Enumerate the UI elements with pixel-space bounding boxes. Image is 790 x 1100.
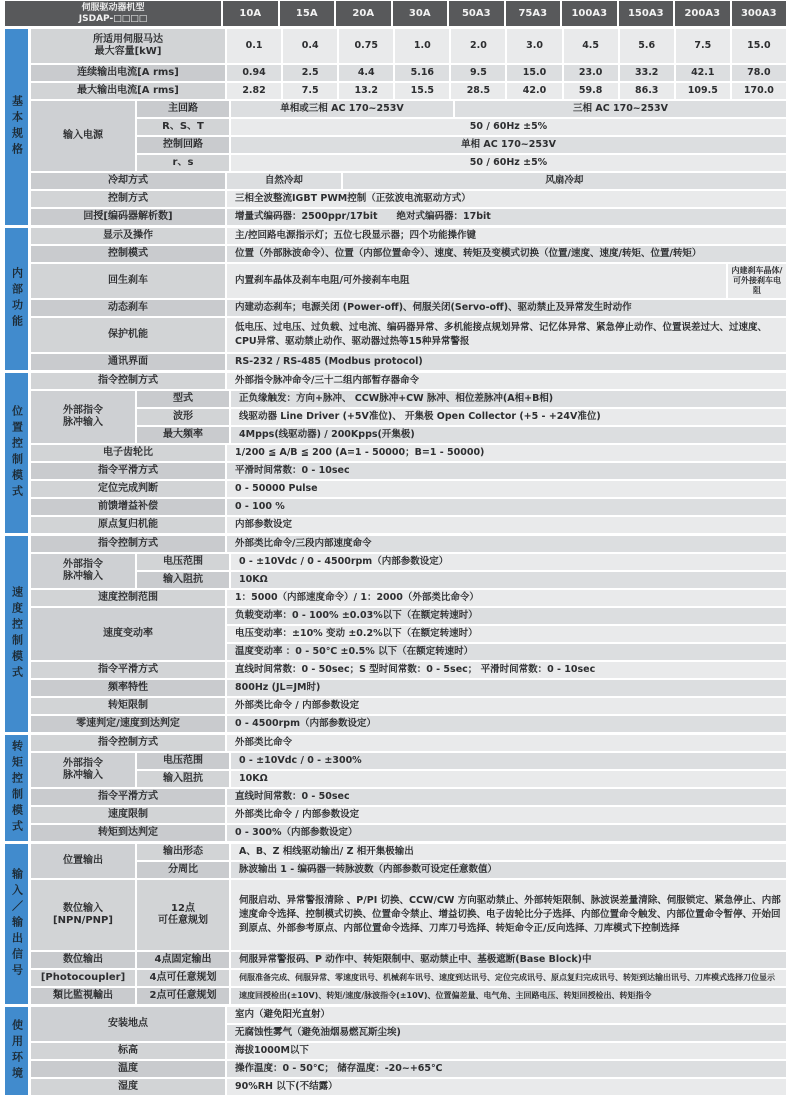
value-cells: 伺服准备完成、伺服异常、零速度讯号、机械刹车讯号、速度到达讯号、定位完成讯号、原… [231, 970, 786, 986]
row-label: 指令平滑方式 [31, 463, 225, 479]
value-cell: 109.5 [676, 83, 730, 99]
row-label: 控制模式 [31, 246, 225, 262]
value-cell: 9.5 [451, 65, 505, 81]
model-column-header: 15A [280, 1, 335, 26]
row-label: 原点复归机能 [31, 517, 225, 533]
value-cell: 0 - ±10Vdc / 0 - 4500rpm（内部参数设定） [231, 554, 786, 570]
value-cell: 33.2 [620, 65, 674, 81]
value-cell: 10KΩ [231, 572, 786, 588]
value-cell: 86.3 [620, 83, 674, 99]
table-row: 控制模式位置（外部脉波命令）、位置（内部位置命令）、速度、转矩及变模式切换（位置… [31, 246, 786, 262]
value-cell: 15.0 [732, 29, 786, 63]
row-sublabel: 最大频率 [137, 427, 229, 443]
value-cells: 低电压、过电压、过负载、过电流、编码器异常、多机能接点规划异常、记忆体异常、紧急… [227, 318, 786, 352]
value-cells: 10KΩ [231, 771, 786, 787]
table-row: 转矩限制外部类比命令 / 内部参数设定 [31, 698, 786, 714]
value-cells: 0 - ±10Vdc / 0 - 4500rpm（内部参数设定） [231, 554, 786, 570]
table-row: 电压范围0 - ±10Vdc / 0 - 4500rpm（内部参数设定） [137, 554, 786, 570]
value-cell: 1/200 ≦ A/B ≦ 200 (A=1 - 50000；B=1 - 500… [227, 445, 786, 461]
model-column-header: 75A3 [506, 1, 561, 26]
table-row: 温度变动率 ：0 - 50℃ ±0.5% 以下（在额定转速时） [227, 644, 786, 660]
value-cell: 线驱动器 Line Driver (+5V准位)、 开集极 Open Colle… [231, 409, 786, 425]
value-cell: 风扇冷却 [343, 173, 786, 189]
value-cell: 7.5 [283, 83, 337, 99]
value-cell: 4.5 [564, 29, 618, 63]
value-cell: 外部类比命令/三段内部速度命令 [227, 536, 786, 552]
table-row: [Photocoupler]4点可任意规划伺服准备完成、伺服异常、零速度讯号、机… [31, 970, 786, 986]
section-转矩控制模式: 转矩控制模式指令控制方式外部类比命令外部指令 脉冲输入电压范围0 - ±10Vd… [5, 735, 786, 841]
value-cell: 低电压、过电压、过负载、过电流、编码器异常、多机能接点规划异常、记忆体异常、紧急… [227, 318, 786, 352]
value-cells: 4Mpps(线驱动器) / 200Kpps(开集极) [231, 427, 786, 443]
value-cell: 自然冷却 [227, 173, 341, 189]
table-row: 主回路单相或三相 AC 170~253V三相 AC 170~253V [137, 101, 786, 117]
table-row: 连续输出电流[A rms]0.942.54.45.169.515.023.033… [31, 65, 786, 81]
row-label: 数位输出 [31, 952, 135, 968]
row-sublabel: 电压范围 [137, 554, 229, 570]
value-cells: 50 / 60Hz ±5% [231, 155, 786, 171]
value-cells: 0.10.40.751.02.03.04.55.67.515.0 [227, 29, 786, 63]
row-label: 显示及操作 [31, 228, 225, 244]
table-row: 负载变动率：0 - 100% ±0.03%以下（在额定转速时） [227, 608, 786, 624]
value-cells: 线驱动器 Line Driver (+5V准位)、 开集极 Open Colle… [231, 409, 786, 425]
row-label: 指令平滑方式 [31, 789, 225, 805]
table-row: 回生刹车内置刹车晶体及刹车电阻/可外接刹车电阻内建刹车晶体/ 可外接刹车电阻 [31, 264, 786, 298]
value-cell: 内部参数设定 [227, 517, 786, 533]
value-cells: RS-232 / RS-485 (Modbus protocol) [227, 354, 786, 370]
group-label: 位置输出 [31, 844, 135, 878]
value-cells: 1/200 ≦ A/B ≦ 200 (A=1 - 50000；B=1 - 500… [227, 445, 786, 461]
row-sublabel: 输入阻抗 [137, 572, 229, 588]
table-row: 控制方式三相全波整流IGBT PWM控制（正弦波电流驱动方式） [31, 191, 786, 207]
row-sublabel: 主回路 [137, 101, 229, 117]
value-cells: 直线时间常数：0 - 50sec [227, 789, 786, 805]
value-cells: 外部类比命令 / 内部参数设定 [227, 698, 786, 714]
row-sublabel: 输入阻抗 [137, 771, 229, 787]
value-cell: 90%RH 以下(不结露） [227, 1079, 786, 1095]
table-row: 指令控制方式外部类比命令/三段内部速度命令 [31, 536, 786, 552]
group-rows: 室内（避免阳光直射）无腐蚀性雾气（避免油烟易燃瓦斯尘埃) [227, 1007, 786, 1041]
value-cells: 单相或三相 AC 170~253V三相 AC 170~253V [231, 101, 786, 117]
value-cells: 室内（避免阳光直射） [227, 1007, 786, 1023]
value-cells: 800Hz (JL=JM时) [227, 680, 786, 696]
value-cell: 速度回授检出(±10V)、转矩/速度/脉波指令(±10V)、位置偏差量、电气角、… [231, 988, 786, 1004]
row-group: 外部指令 脉冲输入电压范围0 - ±10Vdc / 0 - 4500rpm（内部… [31, 554, 786, 588]
section-label: 基本规格 [5, 29, 28, 225]
value-cell: 平滑时间常数：0 - 10sec [227, 463, 786, 479]
table-row: R、S、T50 / 60Hz ±5% [137, 119, 786, 135]
row-sublabel: 12点 可任意规划 [137, 880, 229, 950]
model-column-header: 150A3 [619, 1, 674, 26]
value-cell: 2.5 [283, 65, 337, 81]
value-cell: 23.0 [564, 65, 618, 81]
value-cells: 0.942.54.45.169.515.023.033.242.178.0 [227, 65, 786, 81]
value-cell: 主/控回路电源指示灯；五位七段显示器；四个功能操作键 [227, 228, 786, 244]
row-label: 连续输出电流[A rms] [31, 65, 225, 81]
row-sublabel: 型式 [137, 391, 229, 407]
table-row: 数位输出4点固定输出伺服异常警报码、P 动作中、转矩限制中、驱动禁止中、基极遮断… [31, 952, 786, 968]
table-row: 型式正负缘触发：方向+脉冲、 CCW脉冲+CW 脉冲、相位差脉冲(A相+B相) [137, 391, 786, 407]
section-rows: 指令控制方式外部类比命令外部指令 脉冲输入电压范围0 - ±10Vdc / 0 … [31, 735, 786, 841]
value-cells: 电压变动率：±10% 变动 ±0.2%以下（在额定转速时） [227, 626, 786, 642]
table-row: 指令平滑方式直线时间常数：0 - 50sec；S 型时间常数：0 - 5sec；… [31, 662, 786, 678]
section-rows: 所适用伺服马达 最大容量[kW]0.10.40.751.02.03.04.55.… [31, 29, 786, 225]
value-cell: 0.4 [283, 29, 337, 63]
value-cell: 2.82 [227, 83, 281, 99]
value-cells: 操作温度：0 - 50℃； 储存温度：-20~+65℃ [227, 1061, 786, 1077]
value-cell: 负载变动率：0 - 100% ±0.03%以下（在额定转速时） [227, 608, 786, 624]
group-rows: 负载变动率：0 - 100% ±0.03%以下（在额定转速时）电压变动率：±10… [227, 608, 786, 660]
section-rows: 安装地点室内（避免阳光直射）无腐蚀性雾气（避免油烟易燃瓦斯尘埃)标高海拔1000… [31, 1007, 786, 1095]
value-cells: 外部指令脉冲命令/三十二组内部暂存器命令 [227, 373, 786, 389]
value-cell: 5.16 [395, 65, 449, 81]
group-label: 速度变动率 [31, 608, 225, 660]
value-cells: 增量式编码器：2500ppr/17bit 绝对式编码器：17bit [227, 209, 786, 225]
section-rows: 指令控制方式外部类比命令/三段内部速度命令外部指令 脉冲输入电压范围0 - ±1… [31, 536, 786, 732]
row-sublabel: 输出形态 [137, 844, 229, 860]
value-cells: 外部类比命令 / 内部参数设定 [227, 807, 786, 823]
value-cells: 内置刹车晶体及刹车电阻/可外接刹车电阻内建刹车晶体/ 可外接刹车电阻 [227, 264, 786, 298]
row-label: 所适用伺服马达 最大容量[kW] [31, 29, 225, 63]
table-row: 电压范围0 - ±10Vdc / 0 - ±300% [137, 753, 786, 769]
table-row: 分周比脉波输出 1 - 编码器一转脉波数（内部参数可设定任意数值） [137, 862, 786, 878]
row-label: 定位完成判断 [31, 481, 225, 497]
table-row: 显示及操作主/控回路电源指示灯；五位七段显示器；四个功能操作键 [31, 228, 786, 244]
row-sublabel: 电压范围 [137, 753, 229, 769]
value-cells: 10KΩ [231, 572, 786, 588]
value-cell: 15.5 [395, 83, 449, 99]
row-group: 速度变动率负载变动率：0 - 100% ±0.03%以下（在额定转速时）电压变动… [31, 608, 786, 660]
section-位置控制模式: 位置控制模式指令控制方式外部指令脉冲命令/三十二组内部暂存器命令外部指令 脉冲输… [5, 373, 786, 533]
model-column-header: 300A3 [732, 1, 787, 26]
value-cells: 主/控回路电源指示灯；五位七段显示器；四个功能操作键 [227, 228, 786, 244]
value-cells: A、B、Z 相线驱动输出/ Z 相开集极输出 [231, 844, 786, 860]
value-cell: 0 - 300%（内部参数设定） [227, 825, 786, 841]
group-label: 外部指令 脉冲输入 [31, 554, 135, 588]
row-label: 控制方式 [31, 191, 225, 207]
group-rows: 电压范围0 - ±10Vdc / 0 - ±300%输入阻抗10KΩ [137, 753, 786, 787]
value-cells: 外部类比命令 [227, 735, 786, 751]
spec-sheet: 伺服驱动器机型 JSDAP-□□□□ 10A15A20A30A50A375A31… [0, 0, 790, 1095]
value-cell: 170.0 [732, 83, 786, 99]
row-label: 指令控制方式 [31, 373, 225, 389]
model-column-header: 30A [393, 1, 448, 26]
value-cell: 直线时间常数：0 - 50sec；S 型时间常数：0 - 5sec； 平滑时间常… [227, 662, 786, 678]
table-row: 最大输出电流[A rms]2.827.513.215.528.542.059.8… [31, 83, 786, 99]
row-label: 回授[编码器解析数] [31, 209, 225, 225]
row-label: 湿度 [31, 1079, 225, 1095]
table-row: 指令控制方式外部类比命令 [31, 735, 786, 751]
table-row: 前馈增益补偿0 - 100 % [31, 499, 786, 515]
table-row: 所适用伺服马达 最大容量[kW]0.10.40.751.02.03.04.55.… [31, 29, 786, 63]
value-cell: 内建刹车晶体/ 可外接刹车电阻 [728, 264, 786, 298]
model-column-header: 10A [223, 1, 278, 26]
value-cells: 伺服异常警报码、P 动作中、转矩限制中、驱动禁止中、基极遮断(Base Bloc… [231, 952, 786, 968]
row-label: 转矩限制 [31, 698, 225, 714]
value-cell: 直线时间常数：0 - 50sec [227, 789, 786, 805]
value-cell: 伺服异常警报码、P 动作中、转矩限制中、驱动禁止中、基极遮断(Base Bloc… [231, 952, 786, 968]
group-rows: 主回路单相或三相 AC 170~253V三相 AC 170~253VR、S、T5… [137, 101, 786, 171]
value-cell: 温度变动率 ：0 - 50℃ ±0.5% 以下（在额定转速时） [227, 644, 786, 660]
table-row: 最大频率4Mpps(线驱动器) / 200Kpps(开集极) [137, 427, 786, 443]
row-label: 动态刹车 [31, 300, 225, 316]
value-cell: 脉波输出 1 - 编码器一转脉波数（内部参数可设定任意数值） [231, 862, 786, 878]
value-cells: 1：5000（内部速度命令）/ 1：2000（外部类比命令） [227, 590, 786, 606]
row-label: 标高 [31, 1043, 225, 1059]
row-label: 指令控制方式 [31, 536, 225, 552]
value-cells: 0 - 50000 Pulse [227, 481, 786, 497]
section-label: 速度控制模式 [5, 536, 28, 732]
value-cell: 15.0 [507, 65, 561, 81]
value-cells: 0 - 300%（内部参数设定） [227, 825, 786, 841]
table-row: 输入阻抗10KΩ [137, 572, 786, 588]
row-group: 安装地点室内（避免阳光直射）无腐蚀性雾气（避免油烟易燃瓦斯尘埃) [31, 1007, 786, 1041]
row-label: 回生刹车 [31, 264, 225, 298]
table-row: 动态刹车内建动态刹车；电源关闭 (Power-off)、伺服关闭(Servo-o… [31, 300, 786, 316]
value-cell: 0.1 [227, 29, 281, 63]
value-cell: 操作温度：0 - 50℃； 储存温度：-20~+65℃ [227, 1061, 786, 1077]
section-label: 位置控制模式 [5, 373, 28, 533]
row-label: 数位输入 [NPN/PNP] [31, 880, 135, 950]
row-label: 最大输出电流[A rms] [31, 83, 225, 99]
table-row: 速度限制外部类比命令 / 内部参数设定 [31, 807, 786, 823]
section-label: 转矩控制模式 [5, 735, 28, 841]
value-cells: 正负缘触发：方向+脉冲、 CCW脉冲+CW 脉冲、相位差脉冲(A相+B相) [231, 391, 786, 407]
model-column-header: 20A [336, 1, 391, 26]
table-row: 输入阻抗10KΩ [137, 771, 786, 787]
table-row: 回授[编码器解析数]增量式编码器：2500ppr/17bit 绝对式编码器：17… [31, 209, 786, 225]
table-row: 温度操作温度：0 - 50℃； 储存温度：-20~+65℃ [31, 1061, 786, 1077]
value-cells: 速度回授检出(±10V)、转矩/速度/脉波指令(±10V)、位置偏差量、电气角、… [231, 988, 786, 1004]
table-header-row: 伺服驱动器机型 JSDAP-□□□□ 10A15A20A30A50A375A31… [5, 1, 786, 26]
value-cell: 78.0 [732, 65, 786, 81]
row-label: 類比監視輸出 [31, 988, 135, 1004]
group-rows: 型式正负缘触发：方向+脉冲、 CCW脉冲+CW 脉冲、相位差脉冲(A相+B相)波… [137, 391, 786, 443]
value-cell: 800Hz (JL=JM时) [227, 680, 786, 696]
table-row: 通讯界面RS-232 / RS-485 (Modbus protocol) [31, 354, 786, 370]
row-group: 输入电源主回路单相或三相 AC 170~253V三相 AC 170~253VR、… [31, 101, 786, 171]
value-cell: 2.0 [451, 29, 505, 63]
value-cell: 0 - ±10Vdc / 0 - ±300% [231, 753, 786, 769]
value-cell: 59.8 [564, 83, 618, 99]
value-cells: 海拔1000M以下 [227, 1043, 786, 1059]
value-cell: 0.75 [339, 29, 393, 63]
table-row: 输出形态A、B、Z 相线驱动输出/ Z 相开集极输出 [137, 844, 786, 860]
table-row: 指令控制方式外部指令脉冲命令/三十二组内部暂存器命令 [31, 373, 786, 389]
row-label: 通讯界面 [31, 354, 225, 370]
value-cell: 伺服启动、异常警报清除 、P/PI 切换、CCW/CW 方向驱动禁止、外部转矩限… [231, 880, 786, 950]
value-cell: 1：5000（内部速度命令）/ 1：2000（外部类比命令） [227, 590, 786, 606]
row-sublabel: r、s [137, 155, 229, 171]
value-cells: 50 / 60Hz ±5% [231, 119, 786, 135]
value-cell: A、B、Z 相线驱动输出/ Z 相开集极输出 [231, 844, 786, 860]
value-cell: 增量式编码器：2500ppr/17bit 绝对式编码器：17bit [227, 209, 786, 225]
table-row: 控制回路单相 AC 170~253V [137, 137, 786, 153]
value-cell: 42.1 [676, 65, 730, 81]
table-row: 标高海拔1000M以下 [31, 1043, 786, 1059]
value-cells: 90%RH 以下(不结露） [227, 1079, 786, 1095]
section-内部功能: 内部功能显示及操作主/控回路电源指示灯；五位七段显示器；四个功能操作键控制模式位… [5, 228, 786, 370]
row-sublabel: R、S、T [137, 119, 229, 135]
group-rows: 输出形态A、B、Z 相线驱动输出/ Z 相开集极输出分周比脉波输出 1 - 编码… [137, 844, 786, 878]
row-label: 速度限制 [31, 807, 225, 823]
table-row: 指令平滑方式平滑时间常数：0 - 10sec [31, 463, 786, 479]
value-cell: RS-232 / RS-485 (Modbus protocol) [227, 354, 786, 370]
table-row: 指令平滑方式直线时间常数：0 - 50sec [31, 789, 786, 805]
value-cells: 平滑时间常数：0 - 10sec [227, 463, 786, 479]
row-label: [Photocoupler] [31, 970, 135, 986]
row-sublabel: 4点固定输出 [137, 952, 229, 968]
value-cells: 0 - 100 % [227, 499, 786, 515]
group-rows: 电压范围0 - ±10Vdc / 0 - 4500rpm（内部参数设定）输入阻抗… [137, 554, 786, 588]
value-cell: 42.0 [507, 83, 561, 99]
value-cell: 内建动态刹车；电源关闭 (Power-off)、伺服关闭(Servo-off)、… [227, 300, 786, 316]
row-group: 外部指令 脉冲输入型式正负缘触发：方向+脉冲、 CCW脉冲+CW 脉冲、相位差脉… [31, 391, 786, 443]
value-cells: 伺服启动、异常警报清除 、P/PI 切换、CCW/CW 方向驱动禁止、外部转矩限… [231, 880, 786, 950]
value-cell: 单相或三相 AC 170~253V [231, 101, 453, 117]
value-cells: 位置（外部脉波命令）、位置（内部位置命令）、速度、转矩及变模式切换（位置/速度、… [227, 246, 786, 262]
table-row: 速度控制范围1：5000（内部速度命令）/ 1：2000（外部类比命令） [31, 590, 786, 606]
table-row: 室内（避免阳光直射） [227, 1007, 786, 1023]
row-group: 外部指令 脉冲输入电压范围0 - ±10Vdc / 0 - ±300%输入阻抗1… [31, 753, 786, 787]
row-label: 温度 [31, 1061, 225, 1077]
value-cells: 无腐蚀性雾气（避免油烟易燃瓦斯尘埃) [227, 1025, 786, 1041]
value-cell: 4.4 [339, 65, 393, 81]
group-label: 输入电源 [31, 101, 135, 171]
value-cells: 2.827.513.215.528.542.059.886.3109.5170.… [227, 83, 786, 99]
table-row: 数位输入 [NPN/PNP]12点 可任意规划伺服启动、异常警报清除 、P/PI… [31, 880, 786, 950]
group-label: 外部指令 脉冲输入 [31, 753, 135, 787]
table-row: 转矩到达判定0 - 300%（内部参数设定） [31, 825, 786, 841]
section-label: 输入／输出信号 [5, 844, 28, 1004]
row-label: 指令平滑方式 [31, 662, 225, 678]
value-cell: 正负缘触发：方向+脉冲、 CCW脉冲+CW 脉冲、相位差脉冲(A相+B相) [231, 391, 786, 407]
value-cell: 28.5 [451, 83, 505, 99]
value-cell: 10KΩ [231, 771, 786, 787]
value-cell: 外部类比命令 / 内部参数设定 [227, 807, 786, 823]
model-column-header: 100A3 [562, 1, 617, 26]
row-group: 位置输出输出形态A、B、Z 相线驱动输出/ Z 相开集极输出分周比脉波输出 1 … [31, 844, 786, 878]
table-row: 類比監視輸出2点可任意规划速度回授检出(±10V)、转矩/速度/脉波指令(±10… [31, 988, 786, 1004]
value-cell: 三相 AC 170~253V [455, 101, 786, 117]
value-cell: 5.6 [620, 29, 674, 63]
row-label: 电子齿轮比 [31, 445, 225, 461]
row-label: 速度控制范围 [31, 590, 225, 606]
row-label: 前馈增益补偿 [31, 499, 225, 515]
table-row: 波形线驱动器 Line Driver (+5V准位)、 开集极 Open Col… [137, 409, 786, 425]
section-rows: 指令控制方式外部指令脉冲命令/三十二组内部暂存器命令外部指令 脉冲输入型式正负缘… [31, 373, 786, 533]
value-cell: 3.0 [507, 29, 561, 63]
row-label: 频率特性 [31, 680, 225, 696]
value-cells: 0 - ±10Vdc / 0 - ±300% [231, 753, 786, 769]
value-cell: 1.0 [395, 29, 449, 63]
section-速度控制模式: 速度控制模式指令控制方式外部类比命令/三段内部速度命令外部指令 脉冲输入电压范围… [5, 536, 786, 732]
value-cell: 室内（避免阳光直射） [227, 1007, 786, 1023]
table-row: 电压变动率：±10% 变动 ±0.2%以下（在额定转速时） [227, 626, 786, 642]
section-rows: 位置输出输出形态A、B、Z 相线驱动输出/ Z 相开集极输出分周比脉波输出 1 … [31, 844, 786, 1004]
value-cell: 位置（外部脉波命令）、位置（内部位置命令）、速度、转矩及变模式切换（位置/速度、… [227, 246, 786, 262]
value-cells: 单相 AC 170~253V [231, 137, 786, 153]
value-cell: 单相 AC 170~253V [231, 137, 786, 153]
value-cell: 外部类比命令 [227, 735, 786, 751]
value-cell: 50 / 60Hz ±5% [231, 119, 786, 135]
table-row: 电子齿轮比1/200 ≦ A/B ≦ 200 (A=1 - 50000；B=1 … [31, 445, 786, 461]
row-sublabel: 2点可任意规划 [137, 988, 229, 1004]
value-cell: 0 - 4500rpm（内部参数设定） [227, 716, 786, 732]
value-cell: 外部类比命令 / 内部参数设定 [227, 698, 786, 714]
model-code: JSDAP-□□□□ [79, 14, 147, 24]
value-cell: 内置刹车晶体及刹车电阻/可外接刹车电阻 [227, 264, 726, 298]
table-row: 保护机能低电压、过电压、过负载、过电流、编码器异常、多机能接点规划异常、记忆体异… [31, 318, 786, 352]
value-cell: 海拔1000M以下 [227, 1043, 786, 1059]
model-header-cell: 伺服驱动器机型 JSDAP-□□□□ [5, 1, 221, 26]
table-row: 频率特性800Hz (JL=JM时) [31, 680, 786, 696]
value-cell: 无腐蚀性雾气（避免油烟易燃瓦斯尘埃) [227, 1025, 786, 1041]
value-cells: 脉波输出 1 - 编码器一转脉波数（内部参数可设定任意数值） [231, 862, 786, 878]
row-label: 转矩到达判定 [31, 825, 225, 841]
model-column-header: 50A3 [449, 1, 504, 26]
value-cell: 0 - 100 % [227, 499, 786, 515]
row-label: 零速判定/速度到达判定 [31, 716, 225, 732]
value-cell: 外部指令脉冲命令/三十二组内部暂存器命令 [227, 373, 786, 389]
row-sublabel: 波形 [137, 409, 229, 425]
model-label: 伺服驱动器机型 [81, 3, 144, 13]
group-label: 安装地点 [31, 1007, 225, 1041]
model-column-header: 200A3 [675, 1, 730, 26]
value-cell: 4Mpps(线驱动器) / 200Kpps(开集极) [231, 427, 786, 443]
table-row: 定位完成判断0 - 50000 Pulse [31, 481, 786, 497]
section-rows: 显示及操作主/控回路电源指示灯；五位七段显示器；四个功能操作键控制模式位置（外部… [31, 228, 786, 370]
value-cell: 13.2 [339, 83, 393, 99]
table-row: r、s50 / 60Hz ±5% [137, 155, 786, 171]
value-cells: 自然冷却风扇冷却 [227, 173, 786, 189]
value-cell: 伺服准备完成、伺服异常、零速度讯号、机械刹车讯号、速度到达讯号、定位完成讯号、原… [231, 970, 786, 986]
value-cells: 三相全波整流IGBT PWM控制（正弦波电流驱动方式） [227, 191, 786, 207]
section-label: 使用环境 [5, 1007, 28, 1095]
row-sublabel: 控制回路 [137, 137, 229, 153]
row-label: 指令控制方式 [31, 735, 225, 751]
value-cell: 50 / 60Hz ±5% [231, 155, 786, 171]
value-cells: 0 - 4500rpm（内部参数设定） [227, 716, 786, 732]
table-body: 基本规格所适用伺服马达 最大容量[kW]0.10.40.751.02.03.04… [5, 29, 786, 1095]
value-cell: 0 - 50000 Pulse [227, 481, 786, 497]
section-基本规格: 基本规格所适用伺服马达 最大容量[kW]0.10.40.751.02.03.04… [5, 29, 786, 225]
table-row: 冷却方式自然冷却风扇冷却 [31, 173, 786, 189]
section-输入／输出信号: 输入／输出信号位置输出输出形态A、B、Z 相线驱动输出/ Z 相开集极输出分周比… [5, 844, 786, 1004]
value-cell: 电压变动率：±10% 变动 ±0.2%以下（在额定转速时） [227, 626, 786, 642]
row-label: 保护机能 [31, 318, 225, 352]
value-cell: 三相全波整流IGBT PWM控制（正弦波电流驱动方式） [227, 191, 786, 207]
value-cells: 内建动态刹车；电源关闭 (Power-off)、伺服关闭(Servo-off)、… [227, 300, 786, 316]
value-cells: 直线时间常数：0 - 50sec；S 型时间常数：0 - 5sec； 平滑时间常… [227, 662, 786, 678]
row-label: 冷却方式 [31, 173, 225, 189]
section-label: 内部功能 [5, 228, 28, 370]
value-cells: 内部参数设定 [227, 517, 786, 533]
table-row: 原点复归机能内部参数设定 [31, 517, 786, 533]
table-row: 无腐蚀性雾气（避免油烟易燃瓦斯尘埃) [227, 1025, 786, 1041]
row-sublabel: 分周比 [137, 862, 229, 878]
table-row: 湿度90%RH 以下(不结露） [31, 1079, 786, 1095]
value-cells: 温度变动率 ：0 - 50℃ ±0.5% 以下（在额定转速时） [227, 644, 786, 660]
row-sublabel: 4点可任意规划 [137, 970, 229, 986]
value-cells: 外部类比命令/三段内部速度命令 [227, 536, 786, 552]
value-cells: 负载变动率：0 - 100% ±0.03%以下（在额定转速时） [227, 608, 786, 624]
value-cell: 7.5 [676, 29, 730, 63]
value-cell: 0.94 [227, 65, 281, 81]
group-label: 外部指令 脉冲输入 [31, 391, 135, 443]
table-row: 零速判定/速度到达判定0 - 4500rpm（内部参数设定） [31, 716, 786, 732]
section-使用环境: 使用环境安装地点室内（避免阳光直射）无腐蚀性雾气（避免油烟易燃瓦斯尘埃)标高海拔… [5, 1007, 786, 1095]
